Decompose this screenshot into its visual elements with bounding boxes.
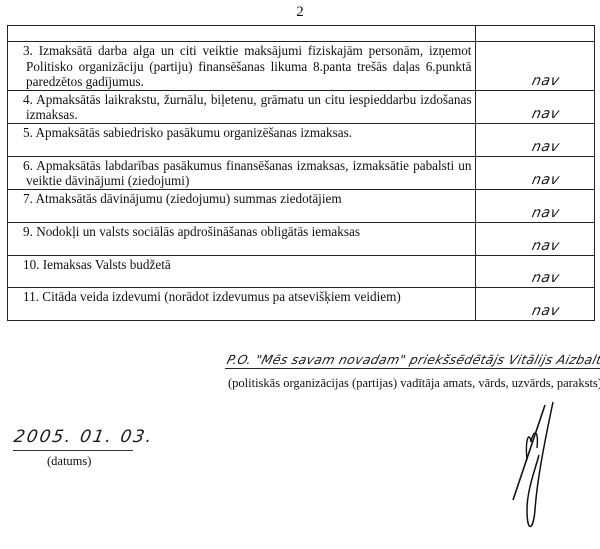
row-value: nav: [476, 287, 595, 320]
row-value: nav: [476, 222, 595, 255]
row-description: 9. Nodokļi un valsts sociālās apdrošināš…: [8, 222, 476, 255]
table-row: [8, 26, 595, 42]
row-value: nav: [476, 156, 595, 189]
signature-caption: (politiskās organizācijas (partijas) vad…: [228, 376, 600, 391]
row-description: 7. Atmaksātās dāvinājumu (ziedojumu) sum…: [8, 189, 476, 222]
signature-scribble-icon: [505, 400, 565, 535]
date-underline: [13, 450, 133, 451]
table-row: 9. Nodokļi un valsts sociālās apdrošināš…: [8, 222, 595, 255]
table-row: 7. Atmaksātās dāvinājumu (ziedojumu) sum…: [8, 189, 595, 222]
row-description: 3. Izmaksātā darba alga un citi veiktie …: [8, 42, 476, 91]
handwritten-value: nav: [530, 206, 561, 222]
handwritten-value: nav: [530, 173, 561, 189]
handwritten-value: nav: [530, 74, 561, 90]
row-description: [8, 26, 476, 42]
table-row: 4. Apmaksātās laikrakstu, žurnālu, biļet…: [8, 90, 595, 123]
row-description: 6. Apmaksātās labdarības pasākumus finan…: [8, 156, 476, 189]
row-value: nav: [476, 123, 595, 156]
expenses-table: 3. Izmaksātā darba alga un citi veiktie …: [7, 25, 595, 321]
row-description: 4. Apmaksātās laikrakstu, žurnālu, biļet…: [8, 90, 476, 123]
table-row: 11. Citāda veida izdevumi (norādot izdev…: [8, 287, 595, 320]
row-value: nav: [476, 189, 595, 222]
row-value: nav: [476, 42, 595, 91]
table-row: 3. Izmaksātā darba alga un citi veiktie …: [8, 42, 595, 91]
table-row: 5. Apmaksātās sabiedrisko pasākumu organ…: [8, 123, 595, 156]
row-value: nav: [476, 90, 595, 123]
handwritten-signatory: P.O. "Mēs savam novadam" priekšsēdētājs …: [225, 352, 600, 369]
table-row: 10. Iemaksas Valsts budžetā nav: [8, 255, 595, 287]
page-number: 2: [0, 4, 600, 21]
handwritten-value: nav: [530, 271, 561, 287]
row-description: 11. Citāda veida izdevumi (norādot izdev…: [8, 287, 476, 320]
table-row: 6. Apmaksātās labdarības pasākumus finan…: [8, 156, 595, 189]
row-value: [476, 26, 595, 42]
row-value: nav: [476, 255, 595, 287]
date-caption: (datums): [47, 454, 91, 469]
handwritten-date: 2005. 01. 03.: [12, 427, 155, 447]
row-description: 5. Apmaksātās sabiedrisko pasākumu organ…: [8, 123, 476, 156]
handwritten-value: nav: [530, 239, 561, 255]
handwritten-value: nav: [530, 304, 561, 320]
handwritten-value: nav: [530, 140, 561, 156]
handwritten-value: nav: [530, 107, 561, 123]
row-description: 10. Iemaksas Valsts budžetā: [8, 255, 476, 287]
